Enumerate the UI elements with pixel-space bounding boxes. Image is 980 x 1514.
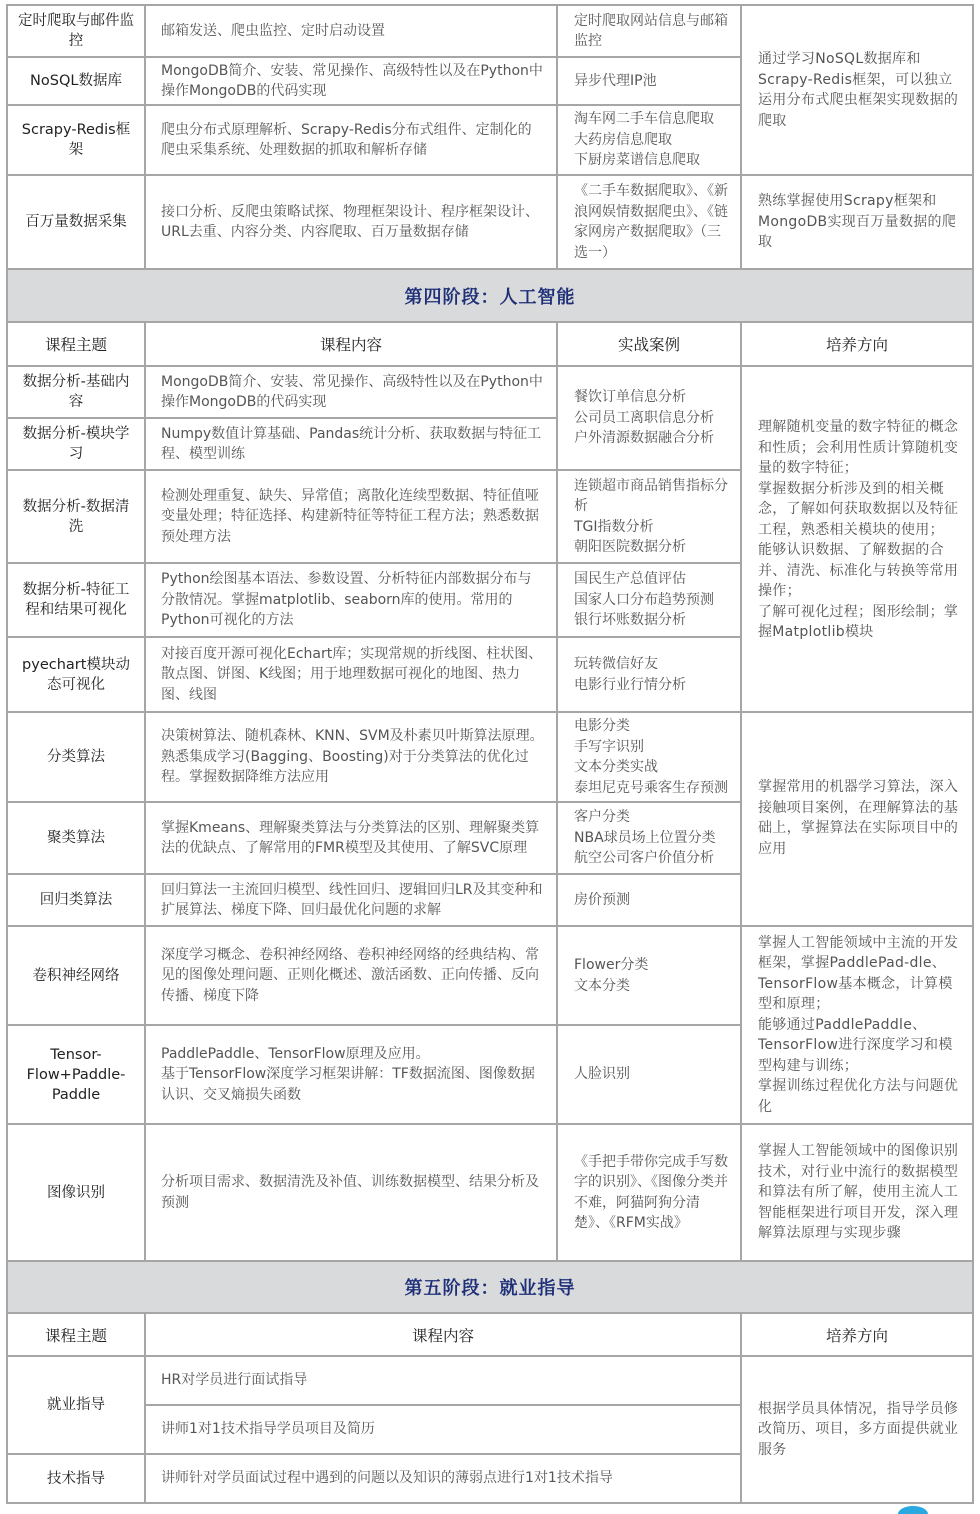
topic-cell: Scrapy-Redis框架	[8, 106, 144, 174]
header-case: 实战案例	[558, 323, 740, 365]
topic-cell: NoSQL数据库	[8, 58, 144, 104]
content-cell: MongoDB简介、安装、常见操作、高级特性以及在Python中操作MongoD…	[146, 58, 556, 104]
direction-cell: 根据学员具体情况，指导学员修改简历、项目，多方面提供就业服务	[742, 1357, 972, 1502]
content-cell: 对接百度开源可视化Echart库；实现常规的折线图、柱状图、散点图、饼图、K线图…	[146, 638, 556, 711]
case-cell: 淘车网二手车信息爬取 大药房信息爬取 下厨房菜谱信息爬取	[558, 106, 740, 174]
case-cell: 人脸识别	[558, 1026, 740, 1123]
stage5-title: 第五阶段：就业指导	[8, 1262, 972, 1312]
content-cell: 讲师1对1技术指导学员项目及简历	[146, 1406, 740, 1453]
topic-cell: 数据分析-数据清洗	[8, 471, 144, 562]
header-topic: 课程主题	[8, 1314, 144, 1355]
direction-cell: 掌握人工智能领域中的图像识别技术，对行业中流行的数据模型和算法有所了解，使用主流…	[742, 1125, 972, 1260]
case-cell: 客户分类 NBA球员场上位置分类 航空公司客户价值分析	[558, 803, 740, 873]
content-cell: 深度学习概念、卷积神经网络、卷积神经网络的经典结构、常见的图像处理问题、正则化概…	[146, 927, 556, 1024]
header-direction: 培养方向	[742, 1314, 972, 1355]
content-cell: Python绘图基本语法、参数设置、分析特征内部数据分布与分散情况。掌握matp…	[146, 564, 556, 636]
case-cell: 《二手车数据爬取》、《新浪网娱情数据爬虫》、《链家网房产数据爬取》（三选一）	[558, 176, 740, 268]
direction-cell: 掌握常用的机器学习算法，深入接触项目案例，在理解算法的基础上，掌握算法在实际项目…	[742, 713, 972, 925]
topic-cell: 图像识别	[8, 1125, 144, 1260]
case-cell: 连锁超市商品销售指标分析 TGI指数分析 朝阳医院数据分析	[558, 471, 740, 562]
case-cell: 电影分类 手写字识别 文本分类实战 泰坦尼克号乘客生存预测	[558, 713, 740, 801]
content-cell: HR对学员进行面试指导	[146, 1357, 740, 1404]
topic-cell: 回归类算法	[8, 875, 144, 925]
header-content: 课程内容	[146, 323, 556, 365]
topic-cell: 聚类算法	[8, 803, 144, 873]
content-cell: 爬虫分布式原理解析、Scrapy-Redis分布式组件、定制化的爬虫采集系统、处…	[146, 106, 556, 174]
topic-cell: pyechart模块动态可视化	[8, 638, 144, 711]
header-direction: 培养方向	[742, 323, 972, 365]
case-cell: 玩转微信好友 电影行业行情分析	[558, 638, 740, 711]
content-cell: 接口分析、反爬虫策略试探、物理框架设计、程序框架设计、URL去重、内容分类、内容…	[146, 176, 556, 268]
content-cell: 回归算法一主流回归模型、线性回归、逻辑回归LR及其变种和扩展算法、梯度下降、回归…	[146, 875, 556, 925]
topic-cell: 数据分析-特征工程和结果可视化	[8, 564, 144, 636]
case-cell: 餐饮订单信息分析 公司员工离职信息分析 户外清源数据融合分析	[558, 367, 740, 469]
direction-cell: 理解随机变量的数字特征的概念和性质；会利用性质计算随机变量的数字特征； 掌握数据…	[742, 367, 972, 711]
stage4-title: 第四阶段：人工智能	[8, 270, 972, 321]
content-cell: 决策树算法、随机森林、KNN、SVM及朴素贝叶斯算法原理。熟悉集成学习(Bagg…	[146, 713, 556, 801]
case-cell: Flower分类 文本分类	[558, 927, 740, 1024]
direction-cell: 掌握人工智能领域中主流的开发框架，掌握PaddlePad-dle、TensorF…	[742, 927, 972, 1123]
topic-cell: 分类算法	[8, 713, 144, 801]
content-cell: Numpy数值计算基础、Pandas统计分析、获取数据与特征工程、模型训练	[146, 419, 556, 469]
content-cell: 邮箱发送、爬虫监控、定时启动设置	[146, 6, 556, 56]
content-cell: MongoDB简介、安装、常见操作、高级特性以及在Python中操作MongoD…	[146, 367, 556, 417]
header-content: 课程内容	[146, 1314, 740, 1355]
topic-cell: Tensor- Flow+Paddle- Paddle	[8, 1026, 144, 1123]
back-to-top-icon[interactable]	[898, 1506, 928, 1514]
content-cell: PaddlePaddle、TensorFlow原理及应用。 基于TensorFl…	[146, 1026, 556, 1123]
topic-cell: 就业指导	[8, 1357, 144, 1453]
content-cell: 分析项目需求、数据清洗及补值、训练数据模型、结果分析及预测	[146, 1125, 556, 1260]
topic-cell: 数据分析-基础内容	[8, 367, 144, 417]
case-cell: 房价预测	[558, 875, 740, 925]
header-topic: 课程主题	[8, 323, 144, 365]
case-cell: 定时爬取网站信息与邮箱监控	[558, 6, 740, 56]
topic-cell: 卷积神经网络	[8, 927, 144, 1024]
direction-cell: 通过学习NoSQL数据库和Scrapy-Redis框架，可以独立运用分布式爬虫框…	[742, 6, 972, 174]
content-cell: 掌握Kmeans、理解聚类算法与分类算法的区别、理解聚类算法的优缺点、了解常用的…	[146, 803, 556, 873]
case-cell: 异步代理IP池	[558, 58, 740, 104]
case-cell: 《手把手带你完成手写数字的识别》、《图像分类并不难，阿猫阿狗分清楚》、《RFM实…	[558, 1125, 740, 1260]
content-cell: 讲师针对学员面试过程中遇到的问题以及知识的薄弱点进行1对1技术指导	[146, 1455, 740, 1502]
topic-cell: 百万量数据采集	[8, 176, 144, 268]
direction-cell: 熟练掌握使用Scrapy框架和MongoDB实现百万量数据的爬取	[742, 176, 972, 268]
case-cell: 国民生产总值评估 国家人口分布趋势预测 银行坏账数据分析	[558, 564, 740, 636]
topic-cell: 技术指导	[8, 1455, 144, 1502]
content-cell: 检测处理重复、缺失、异常值；离散化连续型数据、特征值哑变量处理；特征选择、构建新…	[146, 471, 556, 562]
topic-cell: 数据分析-模块学习	[8, 419, 144, 469]
topic-cell: 定时爬取与邮件监控	[8, 6, 144, 56]
